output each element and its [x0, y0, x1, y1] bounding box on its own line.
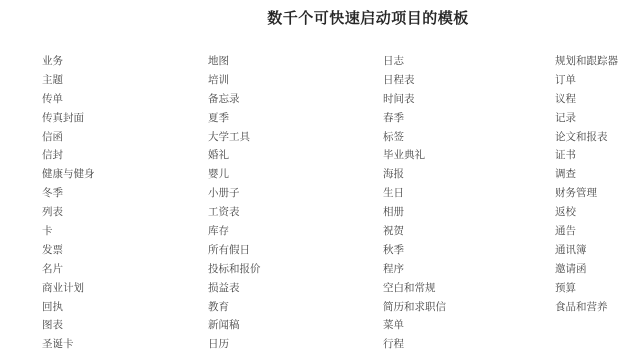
- category-link[interactable]: 程序: [383, 260, 555, 279]
- category-link[interactable]: 海报: [383, 165, 555, 184]
- category-link[interactable]: 通告: [555, 222, 618, 241]
- category-link[interactable]: 夏季: [208, 109, 383, 128]
- category-column-3: 日志日程表时间表春季标签毕业典礼海报生日相册祝贺秋季程序空白和常规简历和求职信菜…: [383, 52, 555, 354]
- category-link[interactable]: 信函: [42, 128, 208, 147]
- category-column-2: 地图培训备忘录夏季大学工具婚礼婴儿小册子工资表库存所有假日投标和报价损益表教育新…: [208, 52, 383, 354]
- category-link[interactable]: 教育: [208, 298, 383, 317]
- category-link[interactable]: 春季: [383, 109, 555, 128]
- category-link[interactable]: 回执: [42, 298, 208, 317]
- category-link[interactable]: 财务管理: [555, 184, 618, 203]
- category-link[interactable]: 预算: [555, 279, 618, 298]
- category-link[interactable]: 备忘录: [208, 90, 383, 109]
- category-link[interactable]: 简历和求职信: [383, 298, 555, 317]
- category-link[interactable]: 发票: [42, 241, 208, 260]
- category-link[interactable]: 所有假日: [208, 241, 383, 260]
- category-link[interactable]: 标签: [383, 128, 555, 147]
- category-link[interactable]: 工资表: [208, 203, 383, 222]
- category-link[interactable]: 邀请函: [555, 260, 618, 279]
- category-link[interactable]: 日历: [208, 335, 383, 354]
- page-title: 数千个可快速启动项目的模板: [96, 7, 640, 28]
- category-link[interactable]: 记录: [555, 109, 618, 128]
- category-link[interactable]: 食品和营养: [555, 298, 618, 317]
- category-link[interactable]: 秋季: [383, 241, 555, 260]
- category-link[interactable]: 培训: [208, 71, 383, 90]
- category-link[interactable]: 业务: [42, 52, 208, 71]
- category-link[interactable]: 时间表: [383, 90, 555, 109]
- category-link[interactable]: 订单: [555, 71, 618, 90]
- category-link[interactable]: 库存: [208, 222, 383, 241]
- category-link[interactable]: 菜单: [383, 316, 555, 335]
- category-column-4: 规划和跟踪器订单议程记录论文和报表证书调查财务管理返校通告通讯簿邀请函预算食品和…: [555, 52, 618, 354]
- category-link[interactable]: 传单: [42, 90, 208, 109]
- category-link[interactable]: 新闻稿: [208, 316, 383, 335]
- category-link[interactable]: 通讯簿: [555, 241, 618, 260]
- category-link[interactable]: 生日: [383, 184, 555, 203]
- category-link[interactable]: 返校: [555, 203, 618, 222]
- category-link[interactable]: 婚礼: [208, 146, 383, 165]
- category-link[interactable]: 主题: [42, 71, 208, 90]
- category-link[interactable]: 毕业典礼: [383, 146, 555, 165]
- category-link[interactable]: 卡: [42, 222, 208, 241]
- category-link[interactable]: 日程表: [383, 71, 555, 90]
- category-link[interactable]: 婴儿: [208, 165, 383, 184]
- category-link[interactable]: 小册子: [208, 184, 383, 203]
- category-link[interactable]: 名片: [42, 260, 208, 279]
- category-link[interactable]: 冬季: [42, 184, 208, 203]
- category-link[interactable]: 大学工具: [208, 128, 383, 147]
- category-link[interactable]: 传真封面: [42, 109, 208, 128]
- category-link[interactable]: 论文和报表: [555, 128, 618, 147]
- category-link[interactable]: 损益表: [208, 279, 383, 298]
- category-link[interactable]: 日志: [383, 52, 555, 71]
- category-link[interactable]: 规划和跟踪器: [555, 52, 618, 71]
- category-link[interactable]: 图表: [42, 316, 208, 335]
- category-link[interactable]: 地图: [208, 52, 383, 71]
- category-link[interactable]: 健康与健身: [42, 165, 208, 184]
- category-link[interactable]: 空白和常规: [383, 279, 555, 298]
- category-link[interactable]: 列表: [42, 203, 208, 222]
- category-link[interactable]: 证书: [555, 146, 618, 165]
- category-link[interactable]: 行程: [383, 335, 555, 354]
- category-link[interactable]: 投标和报价: [208, 260, 383, 279]
- category-link[interactable]: 议程: [555, 90, 618, 109]
- category-link[interactable]: 商业计划: [42, 279, 208, 298]
- category-grid: 业务主题传单传真封面信函信封健康与健身冬季列表卡发票名片商业计划回执图表圣诞卡地…: [42, 52, 618, 354]
- category-link[interactable]: 调查: [555, 165, 618, 184]
- category-link[interactable]: 圣诞卡: [42, 335, 208, 354]
- category-link[interactable]: 相册: [383, 203, 555, 222]
- category-column-1: 业务主题传单传真封面信函信封健康与健身冬季列表卡发票名片商业计划回执图表圣诞卡: [42, 52, 208, 354]
- category-link[interactable]: 信封: [42, 146, 208, 165]
- category-link[interactable]: 祝贺: [383, 222, 555, 241]
- templates-page: 数千个可快速启动项目的模板 业务主题传单传真封面信函信封健康与健身冬季列表卡发票…: [0, 0, 640, 364]
